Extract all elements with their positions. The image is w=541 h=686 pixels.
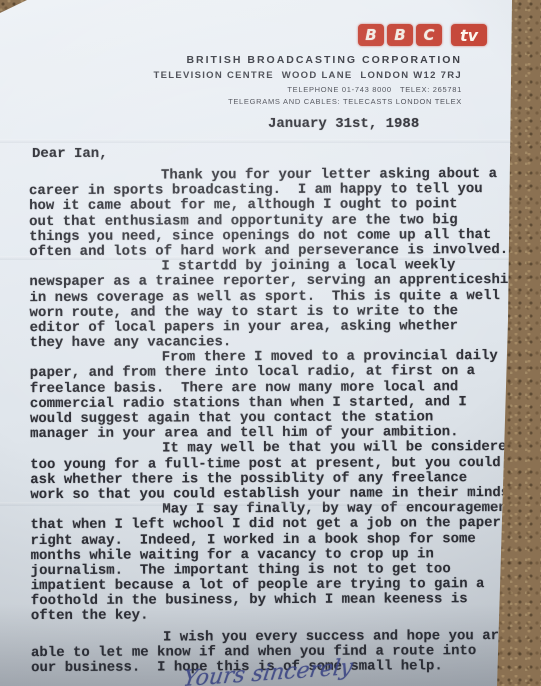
paper-crease — [0, 139, 541, 143]
letter-paragraph: From there I moved to a provincial daily… — [30, 349, 530, 442]
bbc-logo-letter: B — [387, 24, 413, 46]
letter-paragraph: It may well be that you will be consider… — [30, 440, 530, 503]
bbc-logo-boxes: BBC — [358, 24, 442, 46]
letter-date: January 31st, 1988 — [268, 116, 419, 132]
letter-paragraph: I startdd by joining a local weeklynewsp… — [29, 258, 529, 351]
bbc-tv-badge: tv — [451, 24, 487, 46]
bbc-logo-letter: B — [358, 24, 384, 46]
letter-paragraph: Thank you for your letter asking about a… — [29, 167, 529, 260]
letterhead-telephone: TELEPHONE 01-743 8000 TELEX: 265781 — [287, 85, 462, 94]
letter-line: often the key. — [31, 607, 531, 624]
letter-body: Thank you for your letter asking about a… — [29, 167, 531, 676]
letter-line: editor of local papers in your area, ask… — [30, 319, 530, 336]
photo-background: BBC tv BRITISH BROADCASTING CORPORATION … — [0, 0, 541, 686]
letter-paragraph: May I say finally, by way of encourageme… — [30, 501, 531, 625]
paper-edge-shadow — [527, 0, 541, 686]
letterhead-telegrams: TELEGRAMS AND CABLES: TELECASTS LONDON T… — [228, 97, 462, 106]
letter-salutation: Dear Ian, — [32, 146, 108, 162]
letterhead-address: TELEVISION CENTRE WOOD LANE LONDON W12 7… — [154, 70, 462, 81]
bbc-logo-letter: C — [416, 24, 442, 46]
letterhead-corporation-name: BRITISH BROADCASTING CORPORATION — [186, 54, 462, 66]
letter-paper: BBC tv BRITISH BROADCASTING CORPORATION … — [0, 0, 541, 686]
bbc-logo: BBC tv — [358, 24, 487, 46]
